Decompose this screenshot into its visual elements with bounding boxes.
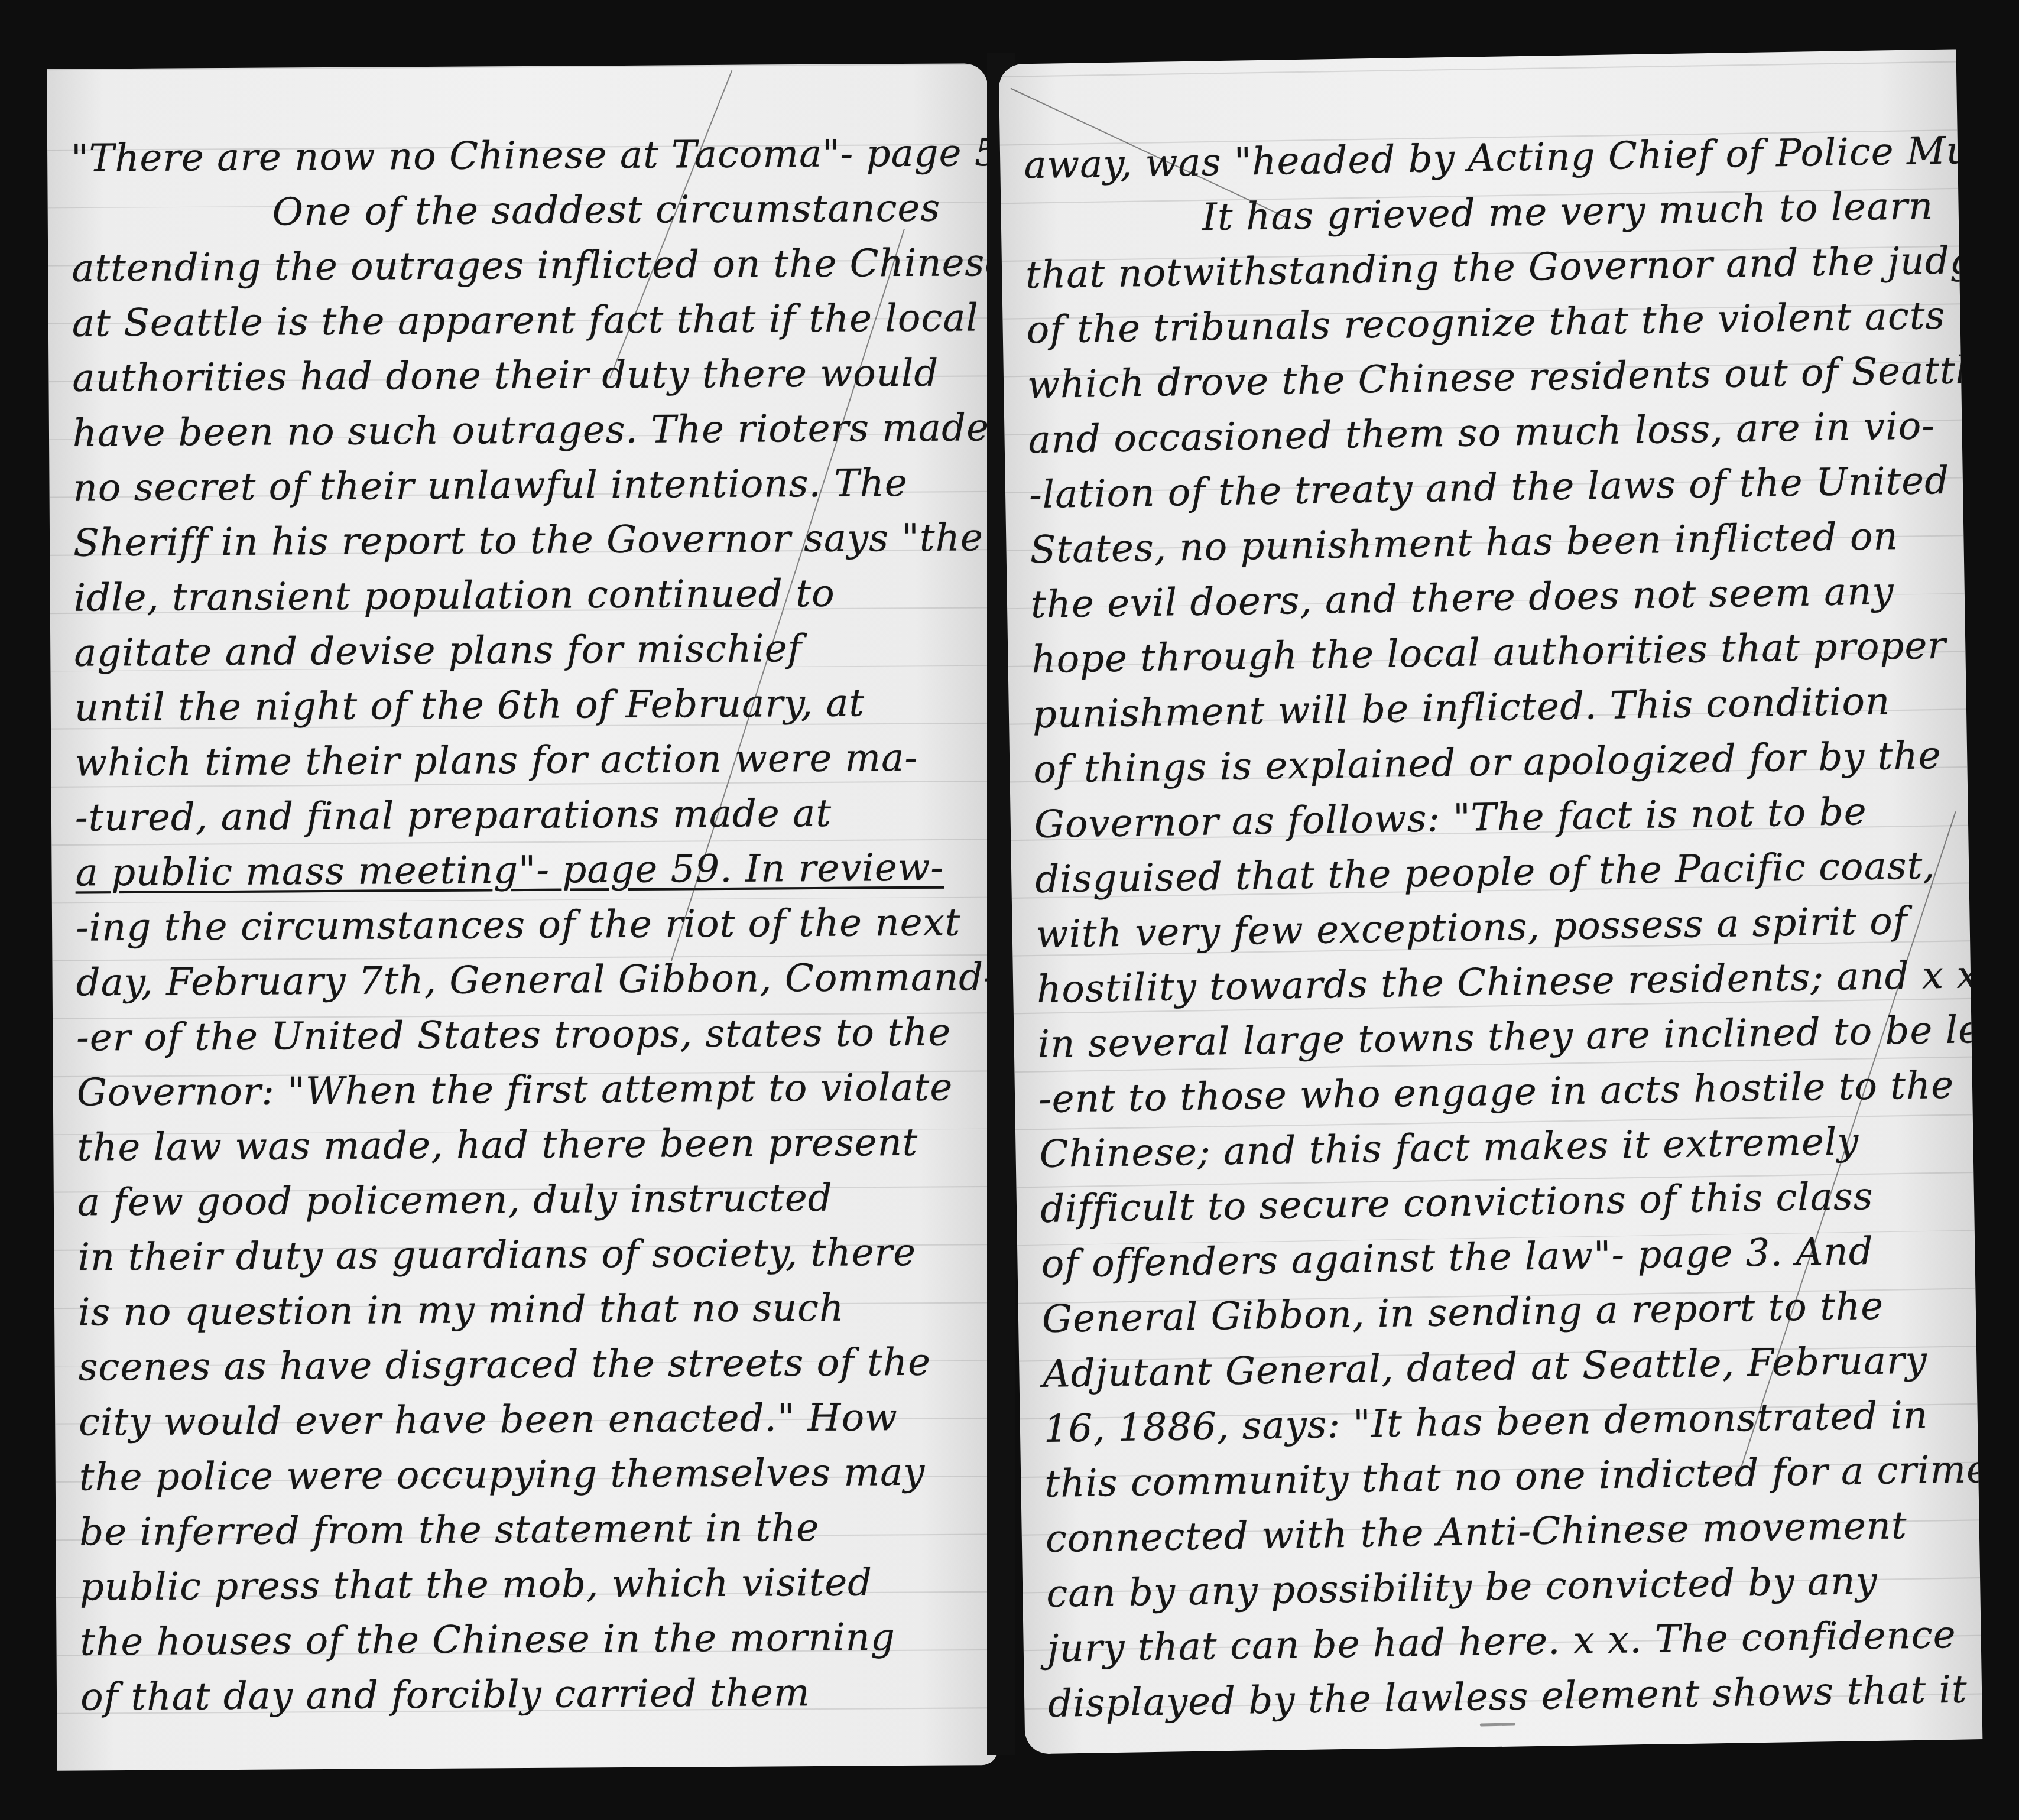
text-line: agitate and devise plans for mischief (74, 629, 970, 672)
right-page-text: away, was "headed by Acting Chief of Pol… (999, 49, 1956, 64)
text-line: punishment will be inflicted. This condi… (1032, 682, 1945, 734)
text-line: the law was made, had there been present (77, 1123, 973, 1166)
ink-smudge (1480, 1723, 1515, 1727)
text-line: disguised that the people of the Pacific… (1035, 847, 1948, 899)
text-line: the police were occupying themselves may (79, 1453, 975, 1496)
text-line: away, was "headed by Acting Chief of Pol… (1024, 132, 1937, 184)
text-line: scenes as have disgraced the streets of … (78, 1343, 974, 1386)
text-line: -lation of the treaty and the laws of th… (1029, 462, 1942, 514)
text-line: be inferred from the statement in the (79, 1508, 975, 1551)
text-line: no secret of their unlawful intentions. … (73, 464, 969, 507)
text-line: which drove the Chinese residents out of… (1027, 352, 1940, 404)
right-page: away, was "headed by Acting Chief of Pol… (999, 49, 1983, 1754)
text-line: the houses of the Chinese in the morning (80, 1618, 976, 1661)
text-line: -er of the United States troops, states … (76, 1013, 972, 1057)
text-line: 16, 1886, says: "It has been demonstrate… (1043, 1396, 1956, 1448)
text-line: Governor as follows: "The fact is not to… (1034, 792, 1947, 844)
text-line: of things is explained or apologized for… (1033, 737, 1946, 789)
text-line: displayed by the lawless element shows t… (1048, 1671, 1961, 1723)
text-line: this community that no one indicted for … (1044, 1451, 1958, 1503)
text-line: -tured, and final preparations made at (75, 794, 971, 837)
text-line: States, no punishment has been inflicted… (1030, 517, 1943, 569)
underlined-text-line: a public mass meeting"- page 59. In revi… (75, 849, 971, 892)
text-line: public press that the mob, which visited (80, 1563, 976, 1606)
text-line: Adjutant General, dated at Seattle, Febr… (1043, 1341, 1956, 1393)
text-line: difficult to secure convictions of this … (1040, 1176, 1953, 1228)
text-line: have been no such outrages. The rioters … (73, 409, 969, 452)
paragraph-start-line: It has grieved me very much to learn (1024, 187, 1937, 239)
text-line: of that day and forcibly carried them (80, 1673, 976, 1716)
text-line: attending the outrages inflicted on the … (72, 244, 968, 287)
text-line: -ing the circumstances of the riot of th… (76, 903, 972, 947)
text-line: Governor: "When the first attempt to vio… (77, 1068, 973, 1111)
microfilm-frame: "There are now no Chinese at Tacoma"- pa… (0, 0, 2019, 1820)
text-line: which time their plans for action were m… (74, 739, 970, 782)
text-line: authorities had done their duty there wo… (72, 354, 968, 397)
left-page-text: "There are now no Chinese at Tacoma"- pa… (47, 63, 988, 69)
text-line: can by any possibility be convicted by a… (1046, 1561, 1959, 1613)
text-line: "There are now no Chinese at Tacoma"- pa… (71, 134, 967, 177)
text-line: General Gibbon, in sending a report to t… (1042, 1286, 1955, 1338)
text-line: connected with the Anti-Chinese movement (1045, 1506, 1958, 1558)
text-line: the evil doers, and there does not seem … (1031, 572, 1944, 624)
text-line: with very few exceptions, possess a spir… (1036, 902, 1949, 954)
text-line: hope through the local authorities that … (1031, 627, 1945, 679)
text-line: in their duty as guardians of society, t… (77, 1233, 973, 1276)
text-line: -ent to those who engage in acts hostile… (1038, 1067, 1952, 1119)
text-line: a few good policemen, duly instructed (77, 1178, 973, 1221)
text-line: hostility towards the Chinese residents;… (1037, 957, 1950, 1009)
text-line: is no question in my mind that no such (78, 1288, 974, 1331)
text-line: at Seattle is the apparent fact that if … (72, 299, 968, 342)
paragraph-start-line: One of the saddest circumstances (72, 189, 968, 232)
text-line: city would ever have been enacted." How (79, 1398, 975, 1441)
text-line: of the tribunals recognize that the viol… (1026, 297, 1939, 349)
text-line: that notwithstanding the Governor and th… (1025, 242, 1939, 294)
text-line: of offenders against the law"- page 3. A… (1041, 1231, 1954, 1283)
text-line: in several large towns they are inclined… (1037, 1012, 1950, 1064)
text-line: and occasioned them so much loss, are in… (1028, 407, 1941, 459)
text-line: until the night of the 6th of February, … (74, 684, 970, 727)
text-line: Sheriff in his report to the Governor sa… (73, 519, 969, 562)
text-line: jury that can be had here. x x. The conf… (1047, 1616, 1960, 1668)
text-line: Chinese; and this fact makes it extremel… (1039, 1122, 1952, 1174)
text-line: day, February 7th, General Gibbon, Comma… (76, 958, 972, 1002)
text-line: idle, transient population continued to (73, 574, 969, 617)
left-page: "There are now no Chinese at Tacoma"- pa… (47, 63, 998, 1771)
